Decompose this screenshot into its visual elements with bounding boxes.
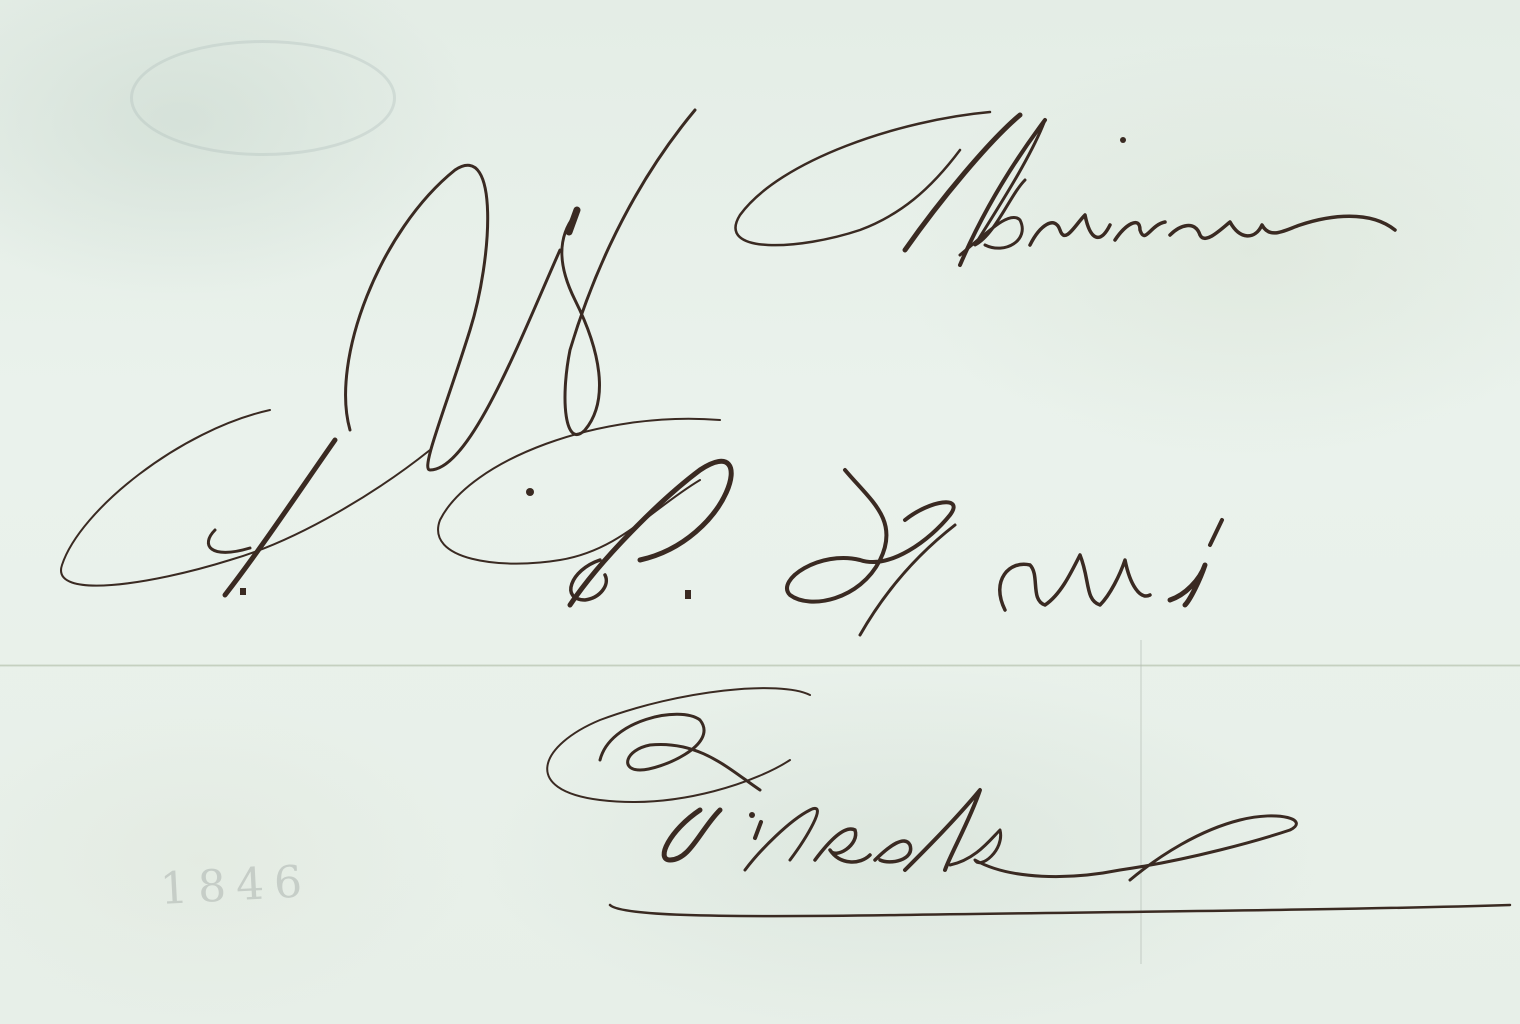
rate-marking-strokes: [346, 110, 695, 470]
city-strokes: [547, 688, 1510, 916]
addressee-strokes: [61, 410, 1222, 635]
monsieur-strokes: [736, 112, 1395, 265]
handwriting-layer: [0, 0, 1520, 1024]
